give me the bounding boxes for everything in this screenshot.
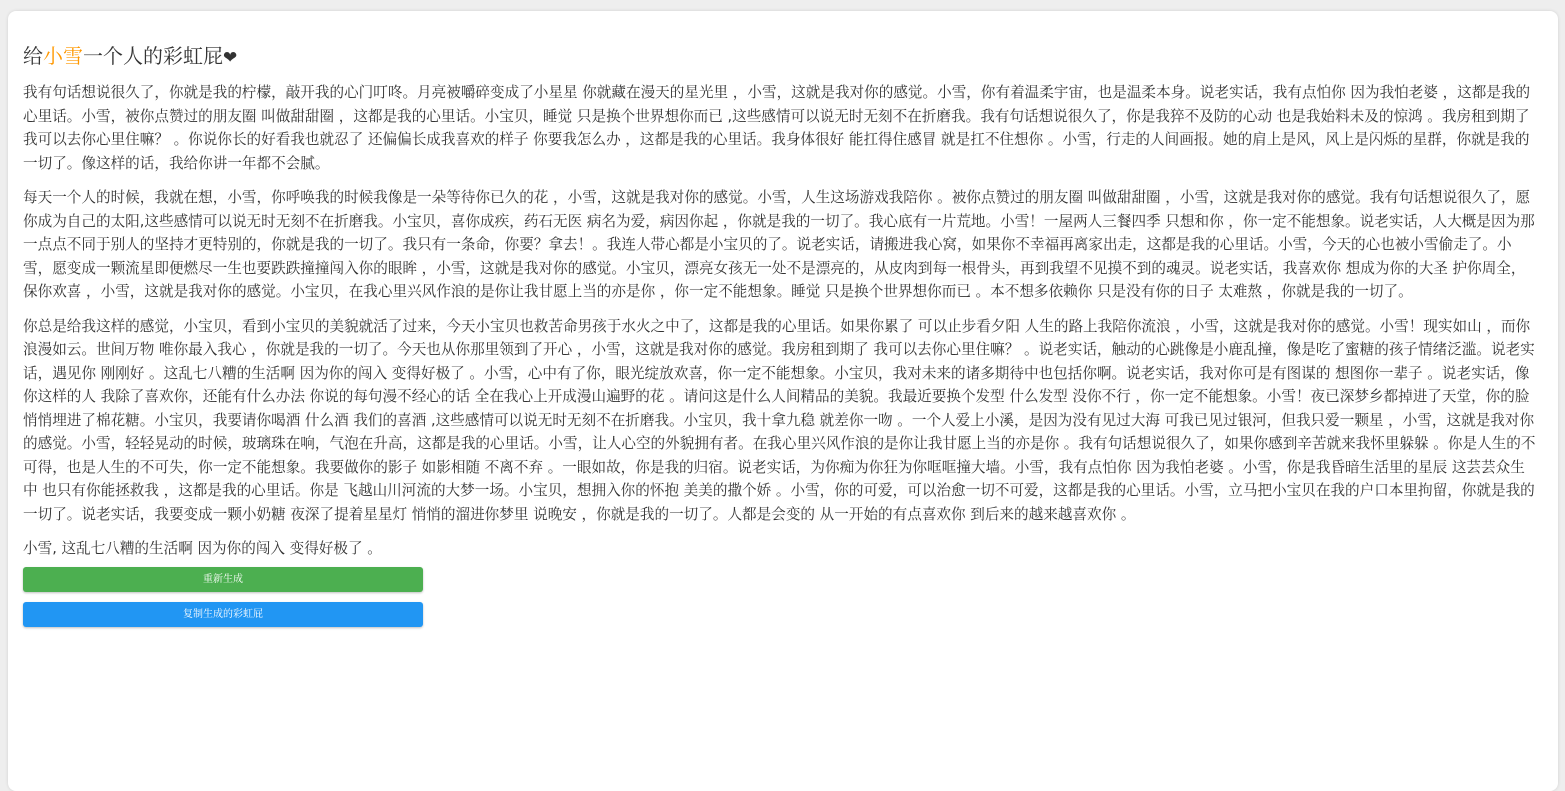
copy-compliment-button[interactable]: 复制生成的彩虹屁 [23, 602, 423, 627]
compliment-paragraph-1: 我有句话想说很久了，你就是我的柠檬，敲开我的心门叮咚。月亮被嚼碎变成了小星星 你… [23, 81, 1543, 175]
compliment-card: 给小雪一个人的彩虹屁❤ 我有句话想说很久了，你就是我的柠檬，敲开我的心门叮咚。月… [8, 11, 1558, 771]
page-title: 给小雪一个人的彩虹屁❤ [23, 41, 1543, 73]
regenerate-button[interactable]: 重新生成 [23, 567, 423, 592]
title-suffix: 一个人的彩虹屁 [83, 44, 223, 68]
compliment-paragraph-2: 每天一个人的时候，我就在想，小雪，你呼唤我的时候我像是一朵等待你已久的花 ，小雪… [23, 186, 1543, 304]
final-compliment-line: 小雪, 这乱七八糟的生活啊 因为你的闯入 变得好极了 。 [23, 537, 1543, 560]
title-recipient-name: 小雪 [43, 44, 83, 68]
compliment-paragraph-3: 你总是给我这样的感觉，小宝贝，看到小宝贝的美貌就活了过来，今天小宝贝也救苦命男孩… [23, 315, 1543, 527]
title-prefix: 给 [23, 44, 43, 68]
heart-icon: ❤ [223, 48, 237, 68]
